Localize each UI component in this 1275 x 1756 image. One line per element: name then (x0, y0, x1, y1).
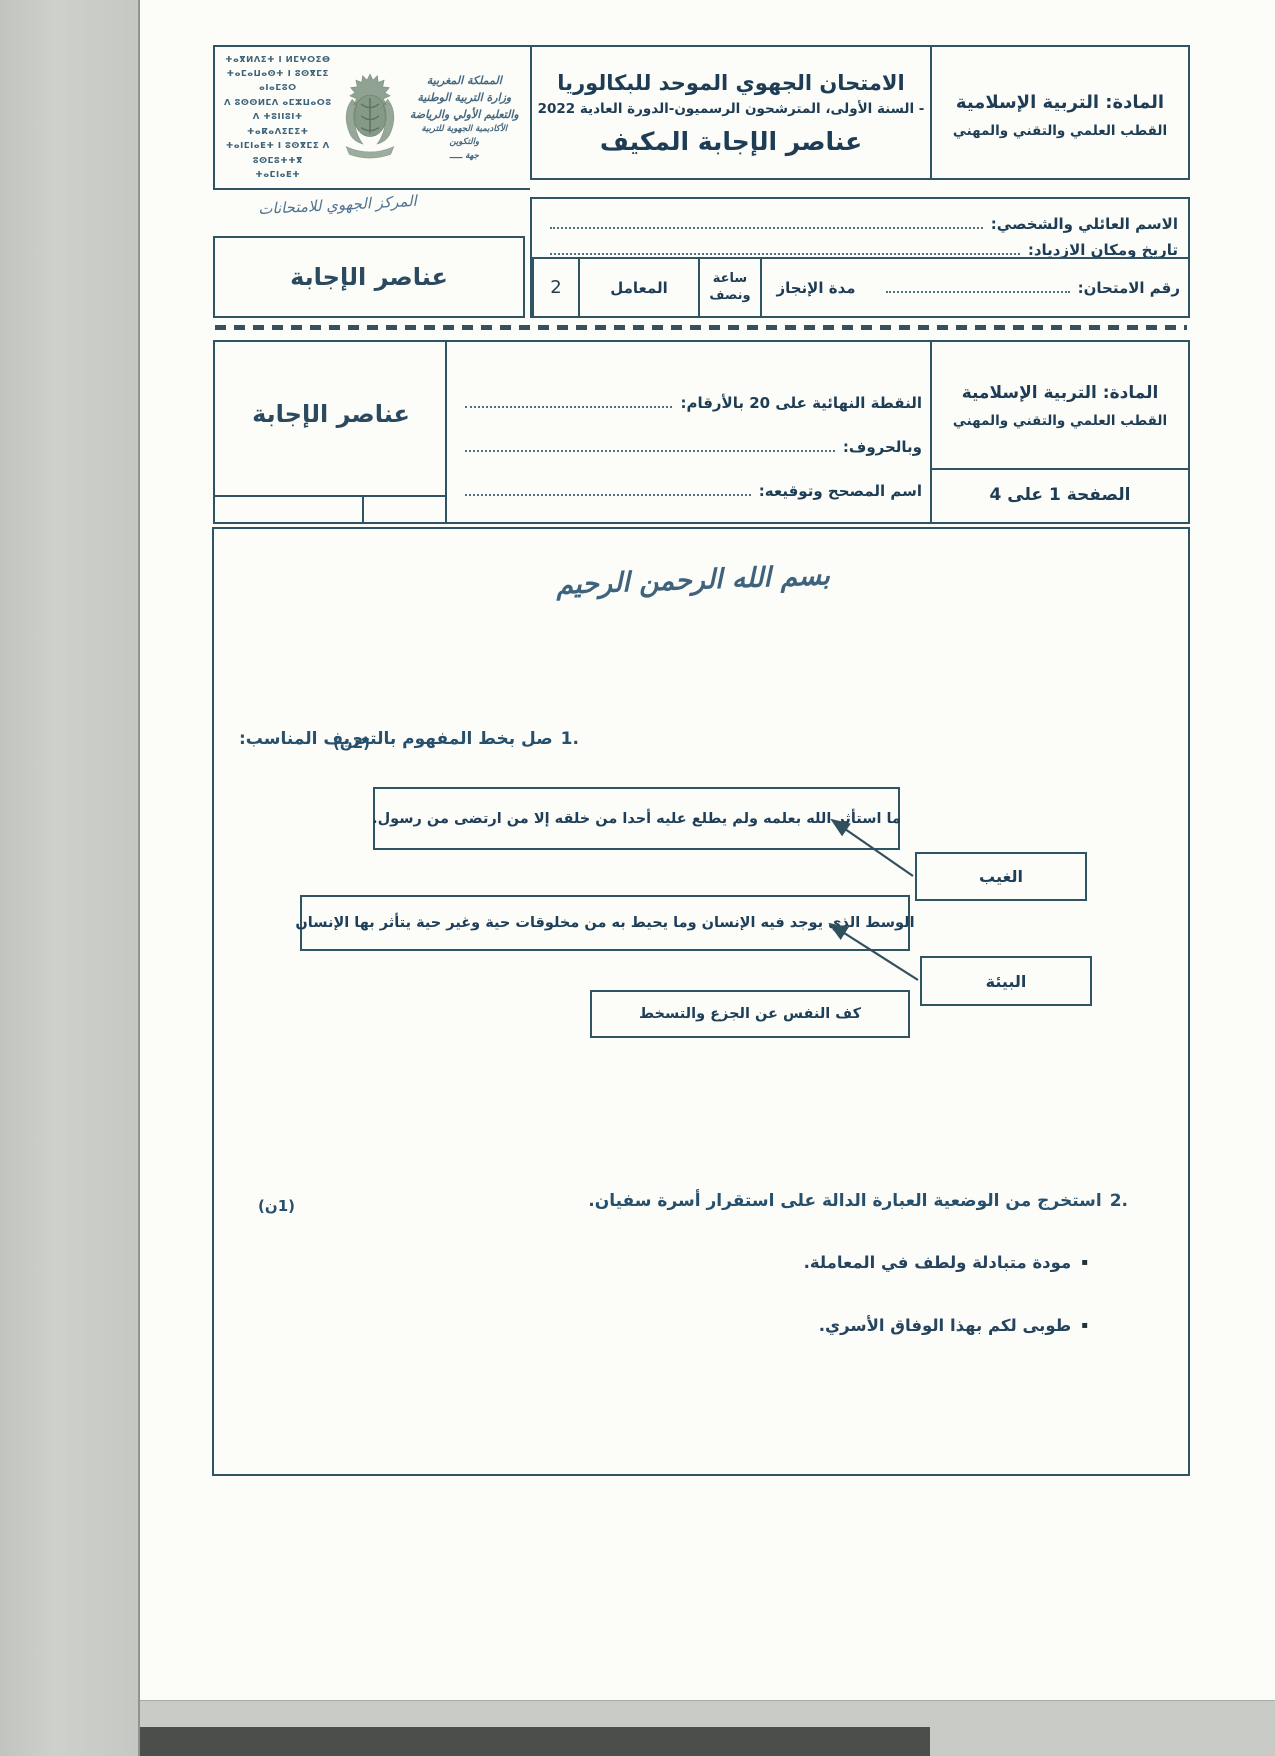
subject-pole-2: القطب العلمي والتقني والمهني (953, 413, 1167, 429)
exam-session: - السنة الأولى، المترشحون الرسميون-الدور… (538, 101, 925, 117)
corrector-label: اسم المصحح وتوقيعه: (759, 482, 922, 500)
question-1: 1. صل بخط المفهوم بالتعريف المناسب: (239, 729, 579, 749)
duration-value-cell: ساعة ونصف (698, 259, 760, 316)
corrector-fill-line (465, 482, 751, 496)
subject-box: المادة: التربية الإسلامية القطب العلمي و… (930, 45, 1190, 180)
exam-meta-row: رقم الامتحان: مدة الإنجاز ساعة ونصف المع… (532, 257, 1188, 316)
scan-shadow-bar (140, 1727, 930, 1756)
question-2-number: 2. (1110, 1191, 1128, 1211)
scan-edge-right (0, 0, 140, 1756)
answer-bullet-1: ▪ مودة متبادلة ولطف في المعاملة. (804, 1253, 1088, 1272)
question-2-text: استخرج من الوضعية العبارة الدالة على است… (588, 1191, 1101, 1211)
name-label: الاسم العائلي والشخصي: (991, 215, 1178, 233)
answer-bullet-2-text: طوبى لكم بهذا الوفاق الأسري. (819, 1316, 1072, 1335)
question-1-score: (2ن) (333, 734, 370, 752)
subject-name: المادة: التربية الإسلامية (956, 92, 1164, 113)
tifinagh-line: ⵜⴰⵎⵏⴰⴹⵜ (223, 168, 333, 182)
birth-fill-line (550, 241, 1020, 255)
final-mark-fill-line (465, 394, 672, 408)
exam-page: المادة: التربية الإسلامية القطب العلمي و… (140, 0, 1275, 1700)
tifinagh-line: ⵜⴰⴽⴰⴷⵉⵎⵉⵜ ⵜⴰⵏⵎⵏⴰⴹⵜ ⵏ ⵓⵙⴳⵎⵉ ⴷ ⵓⵙⵎⵓⵜⵜⴳ (223, 125, 333, 168)
page-number-box: الصفحة 1 على 4 (930, 468, 1190, 524)
answers-content-box: بسم الله الرحمن الرحيم 1. صل بخط المفهوم… (212, 527, 1190, 1476)
answer-elements-box-2: عناصر الإجابة (213, 340, 447, 524)
mark-in-letters-label: وبالحروف: (843, 438, 922, 456)
regional-exam-center-handwriting: المركز الجهوي للامتحانات (230, 190, 446, 219)
academy-line: الأكاديمية الجهوية للتربية والتكوين (407, 123, 522, 149)
concept-box-environment: البيئة (920, 956, 1092, 1006)
question-2-score: (1ن) (258, 1197, 295, 1215)
question-1-number: 1. (561, 729, 579, 749)
dashed-separator (215, 325, 1187, 330)
tifinagh-line: ⵜⴰⴳⵍⴷⵉⵜ ⵏ ⵍⵎⵖⵔⵉⴱ (223, 53, 333, 67)
answer-elements-title: عناصر الإجابة المكيف (600, 127, 862, 156)
education-line: والتعليم الأولي والرياضة (407, 106, 522, 123)
duration-label-cell: مدة الإنجاز (760, 259, 870, 316)
tifinagh-line: ⵜⴰⵎⴰⵡⴰⵙⵜ ⵏ ⵓⵙⴳⵎⵉ ⴰⵏⴰⵎⵓⵔ (223, 67, 333, 96)
duration-value-line2: ونصف (709, 288, 750, 305)
answer-elements-label: عناصر الإجابة (290, 263, 448, 291)
candidate-info-box: الاسم العائلي والشخصي: تاريخ ومكان الازد… (530, 197, 1190, 318)
answer-elements-box: عناصر الإجابة (213, 236, 525, 318)
definition-box-patience: كف النفس عن الجزع والتسخط (590, 990, 910, 1038)
coefficient-value-cell: 2 (532, 259, 578, 316)
question-1-text: صل بخط المفهوم بالتعريف المناسب: (239, 729, 553, 749)
page-number: الصفحة 1 على 4 (990, 485, 1131, 505)
duration-value-line1: ساعة (713, 271, 747, 288)
exam-title-box: الامتحان الجهوي الموحد للبكالوريا - السن… (530, 45, 930, 180)
answer-bullet-1-text: مودة متبادلة ولطف في المعاملة. (804, 1253, 1072, 1272)
definition-box-ghayb: ما استأثر الله بعلمه ولم يطلع عليه أحدا … (373, 787, 900, 850)
exam-title: الامتحان الجهوي الموحد للبكالوريا (557, 71, 904, 95)
exam-number-label: رقم الامتحان: (1078, 279, 1180, 297)
name-fill-line (550, 215, 983, 229)
ministry-header: المملكة المغربية وزارة التربية الوطنية و… (213, 45, 530, 190)
subject-name-2: المادة: التربية الإسلامية (962, 383, 1159, 403)
mark-in-letters-fill-line (465, 438, 835, 452)
exam-number-cell: رقم الامتحان: (870, 259, 1188, 316)
ministry-arabic-text: المملكة المغربية وزارة التربية الوطنية و… (407, 72, 522, 163)
empty-cell-left (215, 497, 362, 522)
empty-grading-cells (215, 495, 447, 522)
scanned-exam-sheet: المادة: التربية الإسلامية القطب العلمي و… (0, 0, 1275, 1756)
exam-number-fill-line (886, 279, 1070, 293)
square-bullet-icon: ▪ (1081, 1257, 1088, 1268)
tifinagh-line: ⴷ ⵓⵙⵙⵍⵎⴷ ⴰⵎⵣⵡⴰⵔⵓ ⴷ ⵜⵓⵏⵏⵓⵏⵜ (223, 96, 333, 125)
question-2: 2. استخرج من الوضعية العبارة الدالة على … (588, 1191, 1128, 1211)
region-line: جهة ـــــ (407, 150, 522, 163)
square-bullet-icon: ▪ (1081, 1320, 1088, 1331)
kingdom-line: المملكة المغربية (407, 72, 522, 89)
final-mark-label: النقطة النهائية على 20 بالأرقام: (680, 394, 922, 412)
moroccan-coat-of-arms-icon (333, 68, 407, 168)
subject-box-2: المادة: التربية الإسلامية القطب العلمي و… (930, 340, 1190, 470)
ministry-line: وزارة التربية الوطنية (407, 89, 522, 106)
empty-cell-right (362, 497, 447, 522)
answer-bullet-2: ▪ طوبى لكم بهذا الوفاق الأسري. (819, 1316, 1088, 1335)
grading-fields-box: النقطة النهائية على 20 بالأرقام: وبالحرو… (445, 340, 932, 524)
ministry-tifinagh-text: ⵜⴰⴳⵍⴷⵉⵜ ⵏ ⵍⵎⵖⵔⵉⴱ ⵜⴰⵎⴰⵡⴰⵙⵜ ⵏ ⵓⵙⴳⵎⵉ ⴰⵏⴰⵎⵓⵔ… (223, 53, 333, 183)
definition-box-environment: الوسط الذي يوجد فيه الإنسان وما يحيط به … (300, 895, 910, 951)
basmala-handwriting: بسم الله الرحمن الرحيم (528, 559, 859, 601)
subject-pole: القطب العلمي والتقني والمهني (953, 123, 1167, 139)
answer-elements-label-2: عناصر الإجابة (215, 400, 447, 428)
concept-box-ghayb: الغيب (915, 852, 1087, 901)
coefficient-label-cell: المعامل (578, 259, 698, 316)
